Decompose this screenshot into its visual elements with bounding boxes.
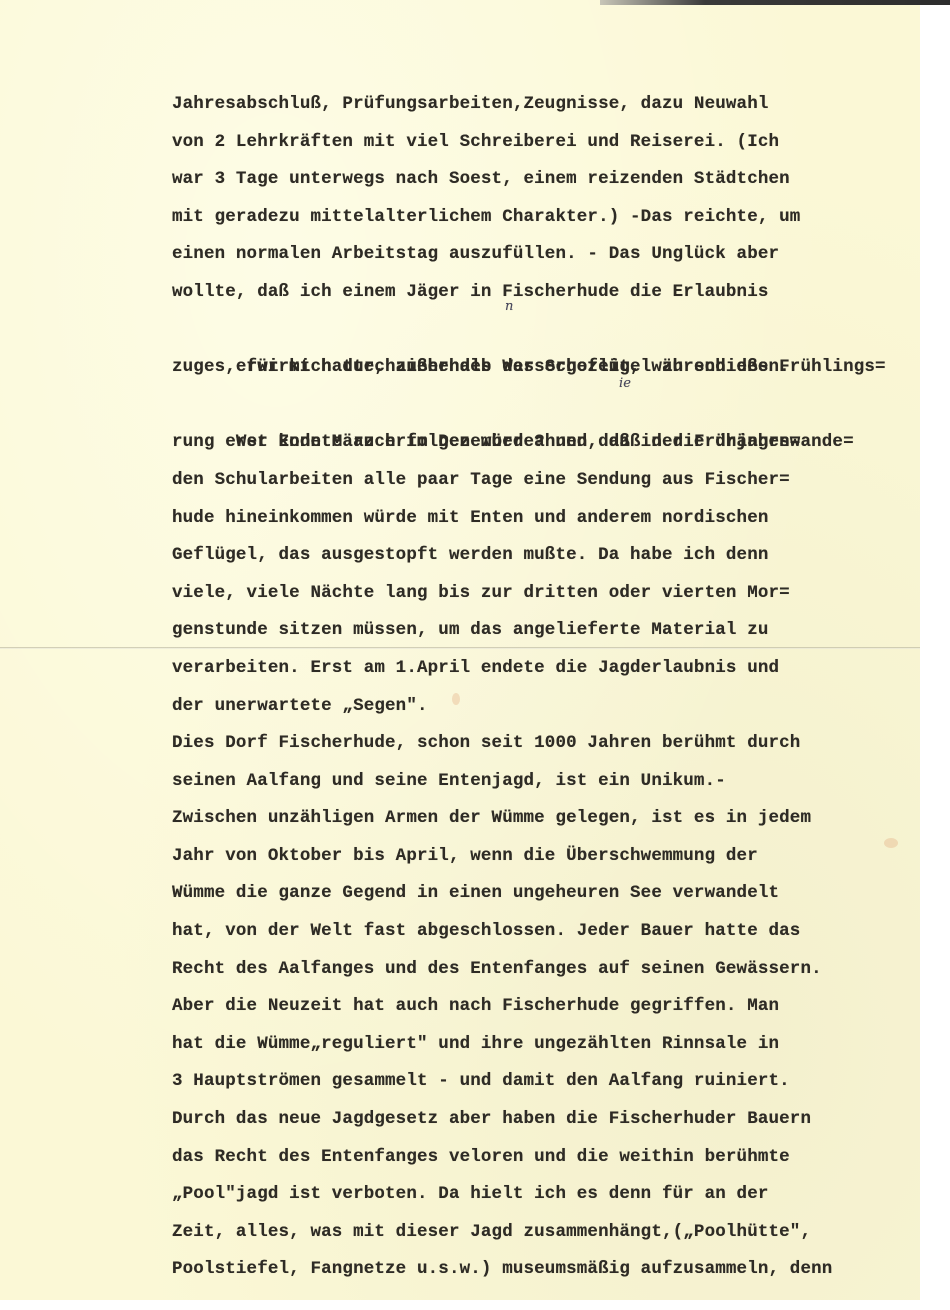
text-line: das Recht des Entenfanges veloren und di…	[172, 1139, 892, 1177]
text-line: 3 Hauptströmen gesammelt - und damit den…	[172, 1063, 892, 1101]
text-line: hat die Wümme„reguliert" und ihre ungezä…	[172, 1026, 892, 1064]
text-line: den Schularbeiten alle paar Tage eine Se…	[172, 462, 892, 500]
text-line: hude hineinkommen würde mit Enten und an…	[172, 500, 892, 538]
text-line: viele, viele Nächte lang bis zur dritten…	[172, 575, 892, 613]
text-line-with-correction: erwirkt hatte, außerhalb der Schozeit, w…	[172, 312, 892, 350]
scan-background	[0, 1300, 950, 1310]
text-line: einen normalen Arbeitstag auszufüllen. -…	[172, 236, 892, 274]
text-line: Recht des Aalfanges und des Entenfanges …	[172, 951, 892, 989]
text-line: seinen Aalfang und seine Entenjagd, ist …	[172, 763, 892, 801]
text-line: von 2 Lehrkräften mit viel Schreiberei u…	[172, 124, 892, 162]
typed-letter-body: Jahresabschluß, Prüfungsarbeiten,Zeugnis…	[172, 86, 892, 1289]
text-line: Jahr von Oktober bis April, wenn die Übe…	[172, 838, 892, 876]
text-line: Aber die Neuzeit hat auch nach Fischerhu…	[172, 988, 892, 1026]
scan-edge-strip	[600, 0, 950, 5]
text-line: rung erst Ende März erfolgen würde? und …	[172, 424, 892, 462]
handwritten-correction: ie	[619, 377, 631, 390]
text-line: Durch das neue Jagdgesetz aber haben die…	[172, 1101, 892, 1139]
handwritten-correction: n	[505, 300, 514, 313]
text-line: „Pool"jagd ist verboten. Da hielt ich es…	[172, 1176, 892, 1214]
text-line: Poolstiefel, Fangnetze u.s.w.) museumsmä…	[172, 1251, 892, 1289]
text-line: Dies Dorf Fischerhude, schon seit 1000 J…	[172, 725, 892, 763]
text-line: war 3 Tage unterwegs nach Soest, einem r…	[172, 161, 892, 199]
paper-page: Jahresabschluß, Prüfungsarbeiten,Zeugnis…	[0, 0, 920, 1300]
text-line: Zwischen unzähligen Armen der Wümme gele…	[172, 800, 892, 838]
text-line: Jahresabschluß, Prüfungsarbeiten,Zeugnis…	[172, 86, 892, 124]
text-line: Wümme die ganze Gegend in einen ungeheur…	[172, 875, 892, 913]
text-line: genstunde sitzen müssen, um das angelief…	[172, 612, 892, 650]
text-line: verarbeiten. Erst am 1.April endete die …	[172, 650, 892, 688]
text-line: der unerwartete „Segen".	[172, 688, 892, 726]
text-line: mit geradezu mittelalterlichem Charakter…	[172, 199, 892, 237]
text-line: hat, von der Welt fast abgeschlossen. Je…	[172, 913, 892, 951]
text-line-with-correction: Wer konnte auch im Dezember ahnen, daß d…	[172, 387, 892, 425]
text-line: Geflügel, das ausgestopft werden mußte. …	[172, 537, 892, 575]
text-line: wollte, daß ich einem Jäger in Fischerhu…	[172, 274, 892, 312]
text-line: zuges, für mich durchziehendes Wassergef…	[172, 349, 892, 387]
text-line: Zeit, alles, was mit dieser Jagd zusamme…	[172, 1214, 892, 1252]
